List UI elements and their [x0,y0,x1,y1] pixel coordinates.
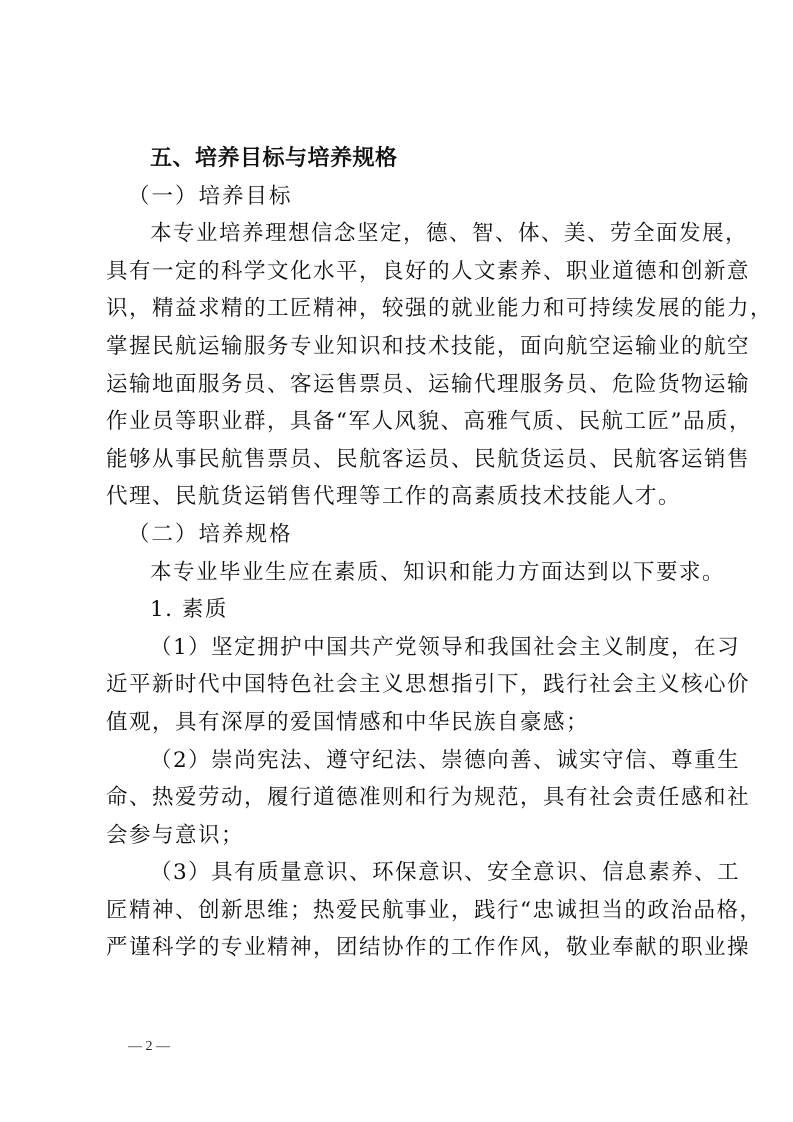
subsection-title-goals: （一）培养目标 [106,178,698,216]
item-line: 会参与意识； [106,817,698,855]
paragraph-line: 掌握民航运输服务专业知识和技术技能，面向航空运输业的航空 [106,328,698,366]
paragraph-line: 作业员等职业群，具备“军人风貌、高雅气质、民航工匠”品质， [106,403,698,441]
paragraph-line: 能够从事民航售票员、民航客运员、民航货运员、民航客运销售 [106,441,698,479]
section-title: 五、培养目标与培养规格 [106,140,698,178]
specs-intro: 本专业毕业生应在素质、知识和能力方面达到以下要求。 [106,554,698,592]
page-content: 五、培养目标与培养规格 （一）培养目标 本专业培养理想信念坚定，德、智、体、美、… [106,140,698,967]
item-line: （2）崇尚宪法、遵守纪法、崇德向善、诚实守信、尊重生 [106,742,698,780]
item-line: 匠精神、创新思维；热爱民航事业，践行“忠诚担当的政治品格， [106,892,698,930]
item-line: （1）坚定拥护中国共产党领导和我国社会主义制度，在习 [106,629,698,667]
page-number: — 2 — [128,1039,170,1055]
item-heading: 1. 素质 [106,591,698,629]
paragraph-line: 本专业培养理想信念坚定，德、智、体、美、劳全面发展， [106,215,698,253]
paragraph-line: 识，精益求精的工匠精神，较强的就业能力和可持续发展的能力， [106,290,698,328]
document-page: 五、培养目标与培养规格 （一）培养目标 本专业培养理想信念坚定，德、智、体、美、… [0,0,793,1122]
paragraph-line: 运输地面服务员、客运售票员、运输代理服务员、危险货物运输 [106,366,698,404]
item-line: 严谨科学的专业精神，团结协作的工作作风，敬业奉献的职业操 [106,929,698,967]
item-line: 值观，具有深厚的爱国情感和中华民族自豪感； [106,704,698,742]
item-line: （3）具有质量意识、环保意识、安全意识、信息素养、工 [106,854,698,892]
item-line: 命、热爱劳动，履行道德准则和行为规范，具有社会责任感和社 [106,779,698,817]
paragraph-line: 代理、民航货运销售代理等工作的高素质技术技能人才。 [106,478,698,516]
paragraph-line: 具有一定的科学文化水平，良好的人文素养、职业道德和创新意 [106,253,698,291]
subsection-title-specs: （二）培养规格 [106,516,698,554]
item-line: 近平新时代中国特色社会主义思想指引下，践行社会主义核心价 [106,666,698,704]
